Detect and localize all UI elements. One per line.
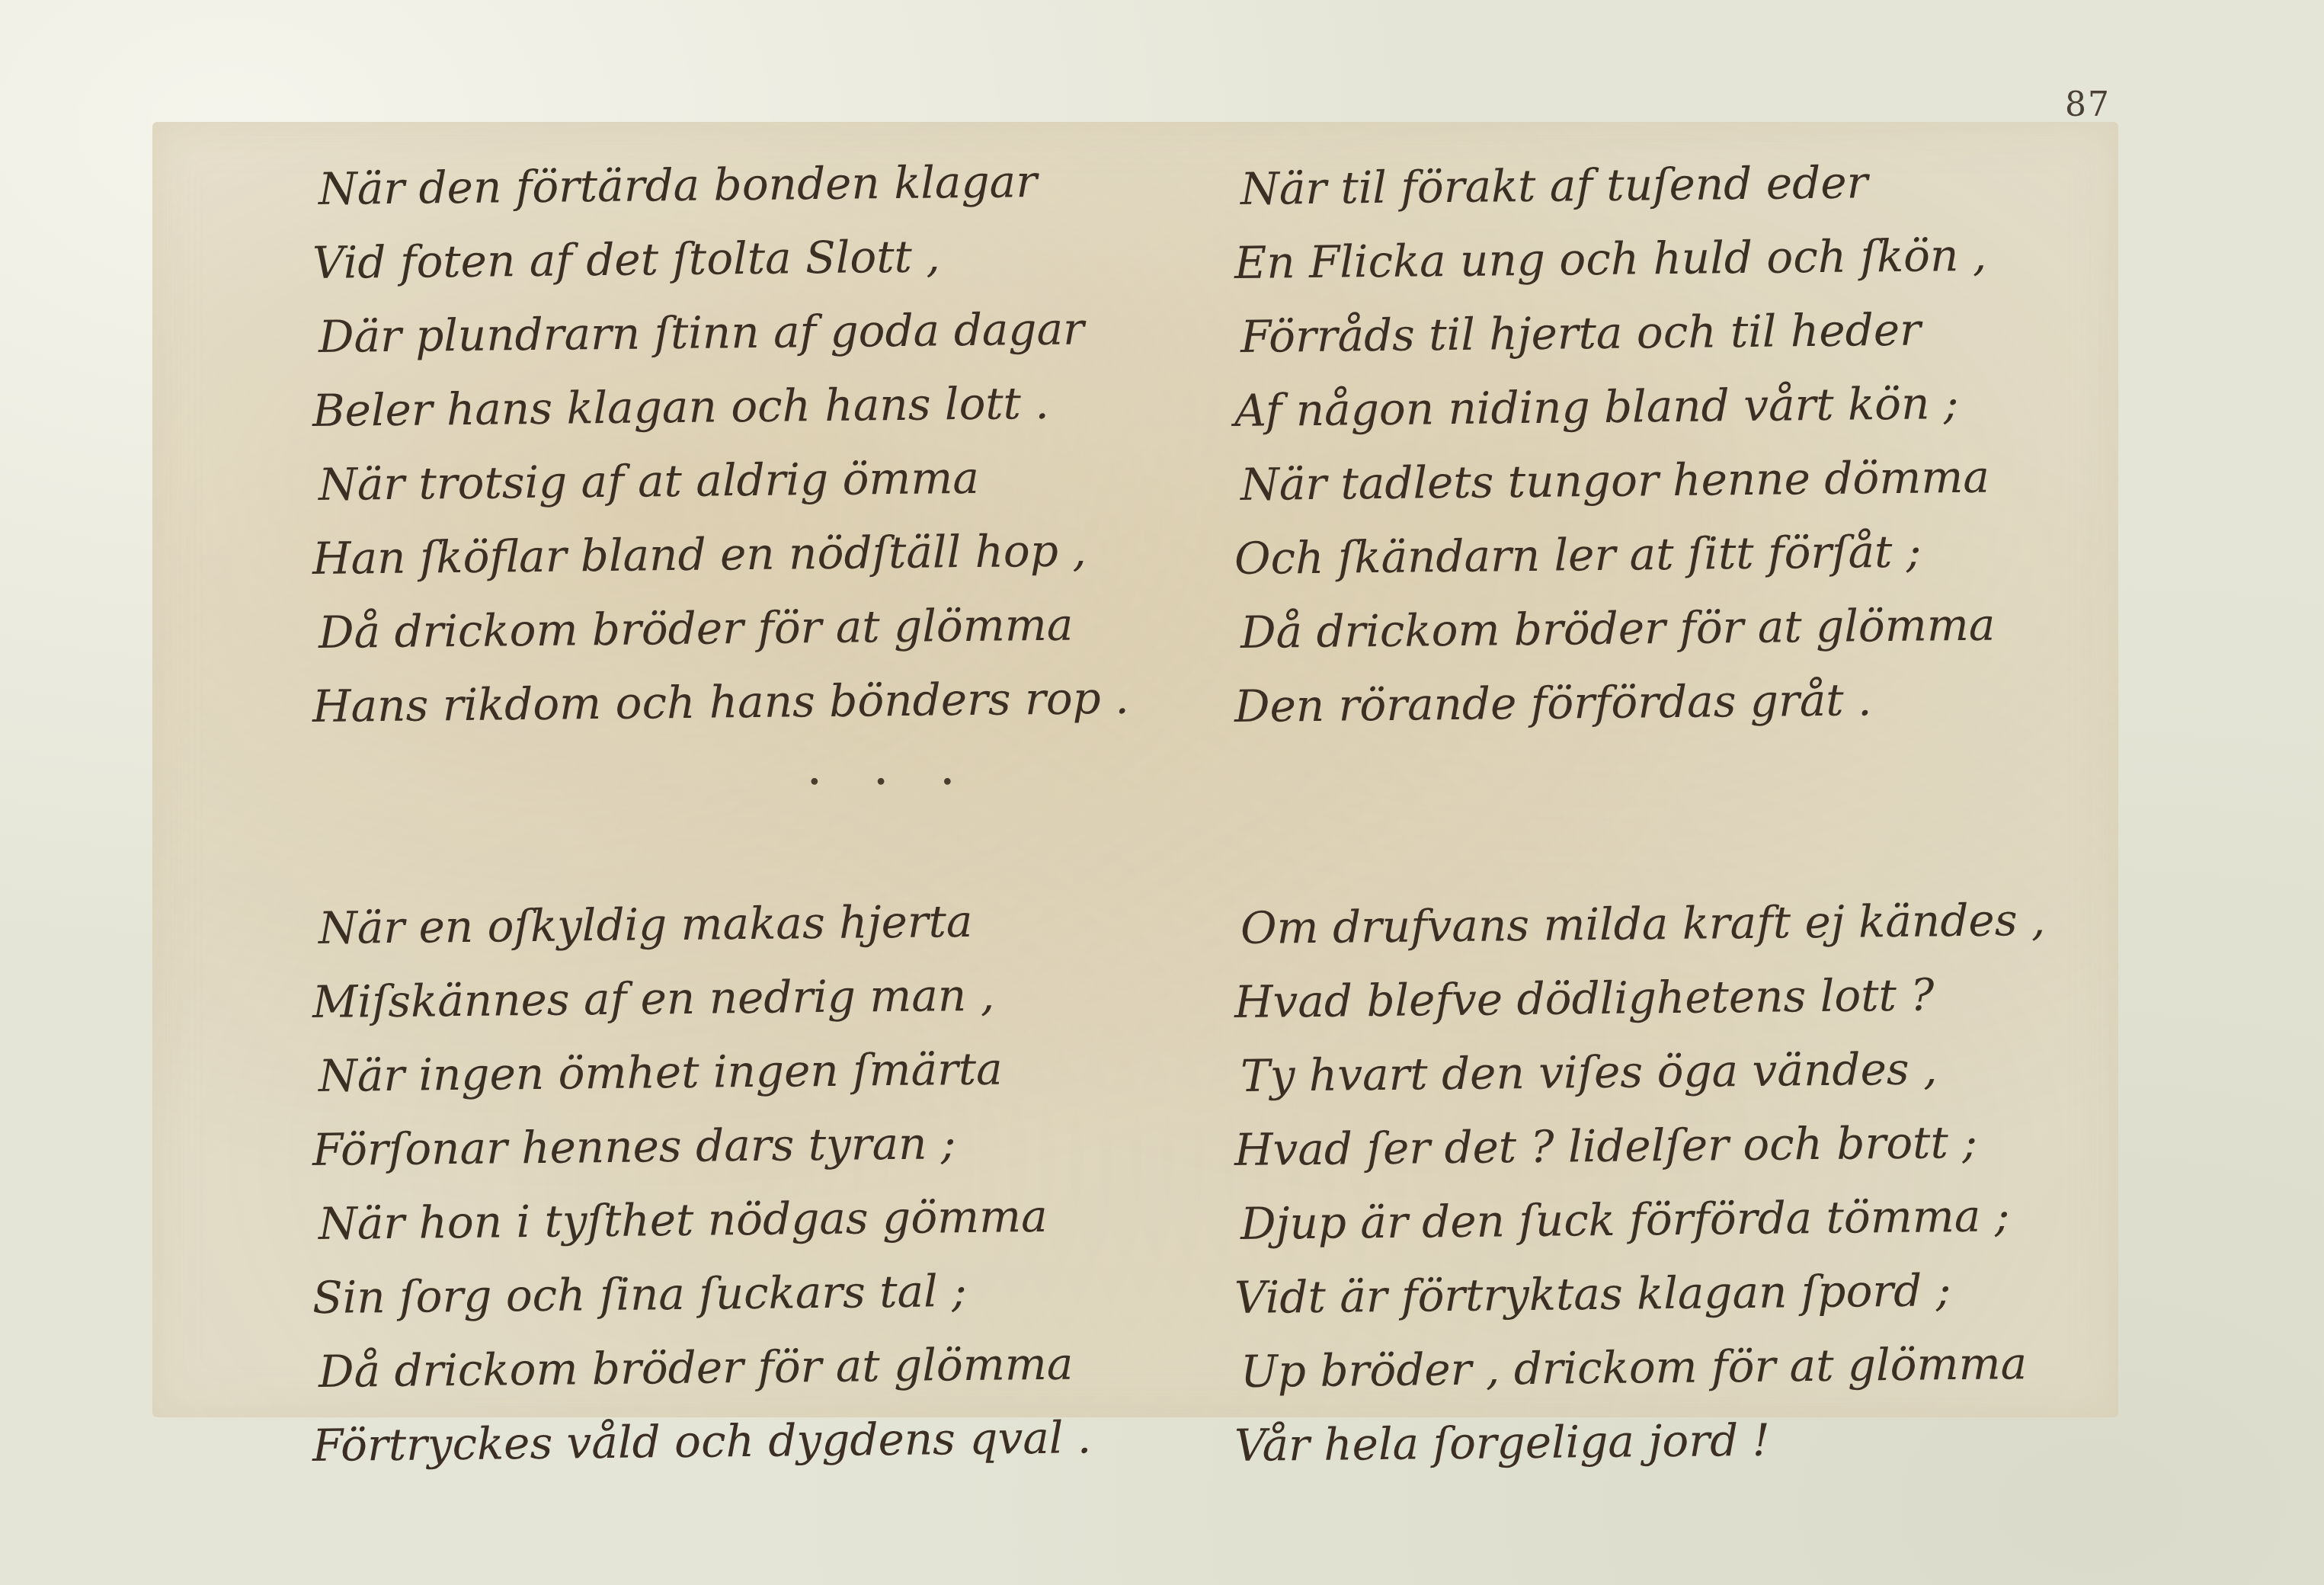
page-number: 87 — [2065, 85, 2111, 124]
verse-line: Vår hela ſorgeliga jord ! — [1234, 1401, 2034, 1483]
verse-line: Den rörande förfördas gråt . — [1234, 661, 2034, 744]
verse-line: Förråds til hjerta och til heder — [1234, 292, 2034, 374]
verse-line: Hvad ſer det ? lidelſer och brott ; — [1234, 1105, 2034, 1187]
verse-line: Förſonar hennes dars tyran ; — [312, 1104, 1189, 1187]
verse-line: När den förtärda bonden klagar — [312, 143, 1189, 226]
stanza: Om drufvans milda kraft ej kändes , Hvad… — [1234, 892, 2034, 1483]
verse-line: Han ſköflar bland en nödſtäll hop , — [312, 513, 1189, 596]
verse-line: När tadlets tungor henne dömma — [1234, 440, 2034, 522]
verse-line: Miſskännes af en nedrig man , — [312, 956, 1189, 1039]
verse-line: Ty hvart den viſes öga vändes , — [1234, 1031, 2034, 1113]
verse-line: Vid foten af det ſtolta Slott , — [312, 217, 1189, 300]
verse-line: När en oſkyldig makas hjerta — [312, 882, 1189, 965]
verse-line: Då drickom bröder för at glömma — [312, 1326, 1189, 1409]
verse-line: Beler hans klagan och hans lott . — [312, 365, 1189, 448]
verse-line: Hvad blefve dödlighetens lott ? — [1234, 957, 2034, 1039]
verse-line: Vidt är förtryktas klagan ſpord ; — [1234, 1253, 2034, 1335]
verse-line: Då drickom bröder för at glömma — [312, 587, 1189, 670]
verse-line: Djup är den ſuck förförda tömma ; — [1234, 1179, 2034, 1261]
verse-line: Sin ſorg och ſina ſuckars tal ; — [312, 1252, 1189, 1335]
verse-line: Af någon niding bland vårt kön ; — [1234, 366, 2034, 448]
stanza: När den förtärda bonden klagar Vid foten… — [312, 152, 1189, 744]
verse-line: När trotsig af at aldrig ömma — [312, 439, 1189, 522]
verse-line: Och ſkändarn ler at ſitt förſåt ; — [1234, 514, 2034, 596]
stanza: När en oſkyldig makas hjerta Miſskännes … — [312, 892, 1189, 1483]
verse-line: När ingen ömhet ingen ſmärta — [312, 1030, 1189, 1113]
stanza-ornament: • • • — [808, 770, 977, 796]
verse-line: Up bröder , drickom för at glömma — [1234, 1327, 2034, 1409]
left-column: När den förtärda bonden klagar Vid foten… — [312, 152, 1189, 1483]
right-column: När til förakt af tuſend eder En Flicka … — [1234, 152, 2034, 1483]
verse-line: Förtryckes våld och dygdens qval . — [312, 1400, 1189, 1483]
verse-line: När til förakt af tuſend eder — [1234, 144, 2034, 226]
verse-line: Då drickom bröder för at glömma — [1234, 588, 2034, 670]
stanza: När til förakt af tuſend eder En Flicka … — [1234, 152, 2034, 744]
verse-line: När hon i tyſthet nödgas gömma — [312, 1178, 1189, 1261]
verse-line: Där plundrarn ſtinn af goda dagar — [312, 291, 1189, 374]
verse-line: Hans rikdom och hans bönders rop . — [312, 661, 1189, 744]
verse-line: En Flicka ung och huld och ſkön , — [1234, 218, 2034, 300]
verse-line: Om drufvans milda kraft ej kändes , — [1234, 883, 2034, 965]
